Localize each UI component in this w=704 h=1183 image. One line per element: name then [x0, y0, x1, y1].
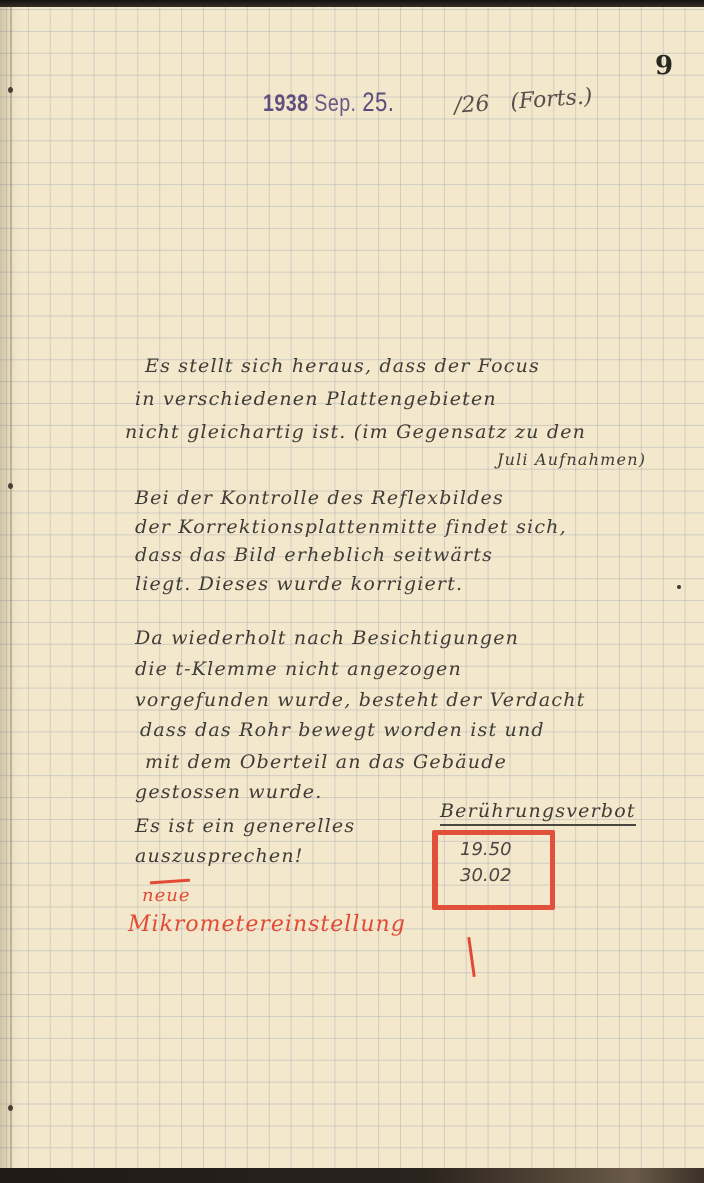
text-line: dass das Rohr bewegt worden ist und [140, 719, 545, 741]
text-line: nicht gleichartig ist. (im Gegensatz zu … [125, 421, 586, 443]
red-overline [150, 879, 190, 885]
text-line: Es stellt sich heraus, dass der Focus [145, 355, 540, 377]
text-line: Bei der Kontrolle des Reflexbildes [135, 487, 504, 509]
notebook-page: 9 1938 Sep. 25. /26 (Forts.) Es stellt s… [0, 7, 704, 1170]
continued-note: (Forts.) [510, 84, 594, 115]
date-addition: /26 [453, 91, 490, 118]
text-line: vorgefunden wurde, besteht der Verdacht [135, 689, 586, 711]
binding-hole [8, 483, 13, 489]
text-line: die t-Klemme nicht angezogen [135, 658, 462, 680]
ink-dot [677, 585, 681, 589]
text-line: der Korrektionsplattenmitte findet sich, [135, 516, 567, 538]
red-note-line: Mikrometereinstellung [128, 912, 406, 937]
text-line: dass das Bild erheblich seitwärts [135, 544, 493, 566]
heading-note: /26 (Forts.) [453, 84, 593, 119]
text-line: auszusprechen! [135, 845, 304, 867]
box-value: 30.02 [460, 865, 512, 886]
text-line: gestossen wurde. [135, 781, 322, 803]
red-box: 19.50 30.02 [432, 830, 555, 910]
text-line: liegt. Dieses wurde korrigiert. [135, 573, 463, 595]
prohibition-word: Berührungsverbot [440, 800, 636, 826]
stamp-month: Sep. [314, 90, 356, 117]
binding-hole [8, 1105, 13, 1111]
red-pen-stroke [467, 937, 476, 977]
binding-line [10, 7, 12, 1170]
binding-hole [8, 87, 13, 93]
page-number: 9 [655, 51, 673, 81]
text-line: Juli Aufnahmen) [497, 450, 646, 469]
text-line: Es ist ein generelles [135, 815, 355, 837]
red-note-line: neue [142, 885, 191, 906]
box-value: 19.50 [460, 839, 512, 860]
underlined-word: Berührungsverbot [440, 800, 636, 822]
text-line: Da wiederholt nach Besichtigungen [135, 627, 519, 649]
stamp-year: 1938 [263, 90, 308, 117]
text-line: in verschiedenen Plattengebieten [135, 388, 497, 410]
stamp-day: 25. [362, 87, 394, 117]
notebook-bottom-edge [0, 1168, 704, 1183]
date-stamp: 1938 Sep. 25. [263, 87, 394, 118]
text-line: mit dem Oberteil an das Gebäude [145, 751, 507, 773]
